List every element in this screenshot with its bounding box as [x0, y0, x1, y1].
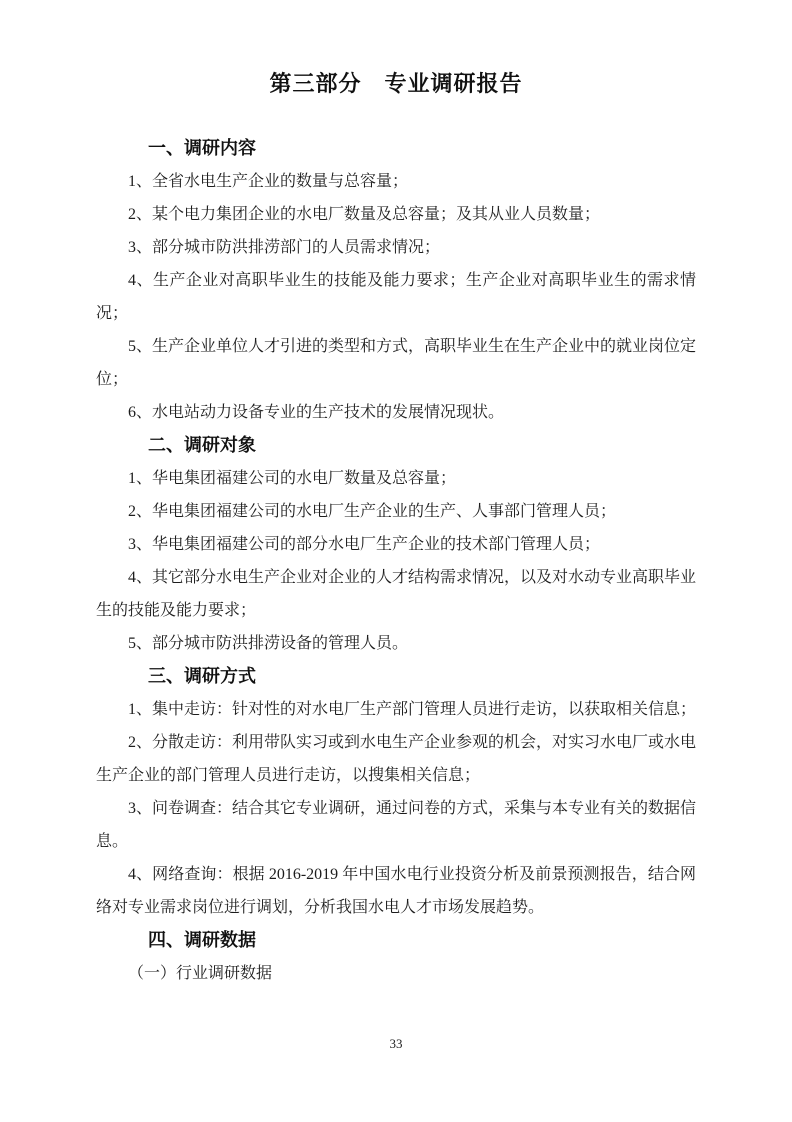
list-item: 5、生产企业单位人才引进的类型和方式，高职毕业生在生产企业中的就业岗位定位； [96, 330, 696, 396]
section-heading-research-data: 四、调研数据 [96, 924, 696, 957]
section-heading-research-content: 一、调研内容 [96, 132, 696, 165]
list-item: 1、华电集团福建公司的水电厂数量及总容量； [96, 462, 696, 495]
list-item: 5、部分城市防洪排涝设备的管理人员。 [96, 627, 696, 660]
list-item: 3、问卷调查：结合其它专业调研，通过问卷的方式，采集与本专业有关的数据信息。 [96, 792, 696, 858]
list-item: 2、某个电力集团企业的水电厂数量及总容量；及其从业人员数量； [96, 198, 696, 231]
list-item: 1、集中走访：针对性的对水电厂生产部门管理人员进行走访，以获取相关信息； [96, 693, 696, 726]
document-page: 第三部分 专业调研报告 一、调研内容 1、全省水电生产企业的数量与总容量； 2、… [0, 0, 792, 1122]
list-item: 4、生产企业对高职毕业生的技能及能力要求；生产企业对高职毕业生的需求情况； [96, 264, 696, 330]
list-item: 4、网络查询：根据 2016-2019 年中国水电行业投资分析及前景预测报告，结… [96, 858, 696, 924]
list-item: 3、华电集团福建公司的部分水电厂生产企业的技术部门管理人员； [96, 528, 696, 561]
list-item: 6、水电站动力设备专业的生产技术的发展情况现状。 [96, 396, 696, 429]
sub-heading-industry-data: （一）行业调研数据 [96, 957, 696, 990]
list-item: 1、全省水电生产企业的数量与总容量； [96, 165, 696, 198]
list-item: 4、其它部分水电生产企业对企业的人才结构需求情况，以及对水动专业高职毕业生的技能… [96, 561, 696, 627]
list-item: 3、部分城市防洪排涝部门的人员需求情况； [96, 231, 696, 264]
list-item: 2、华电集团福建公司的水电厂生产企业的生产、人事部门管理人员； [96, 495, 696, 528]
list-item: 2、分散走访：利用带队实习或到水电生产企业参观的机会，对实习水电厂或水电生产企业… [96, 726, 696, 792]
page-number: 33 [0, 1036, 792, 1052]
section-heading-research-subjects: 二、调研对象 [96, 429, 696, 462]
document-content: 第三部分 专业调研报告 一、调研内容 1、全省水电生产企业的数量与总容量； 2、… [0, 0, 792, 990]
document-title: 第三部分 专业调研报告 [96, 68, 696, 102]
section-heading-research-methods: 三、调研方式 [96, 660, 696, 693]
